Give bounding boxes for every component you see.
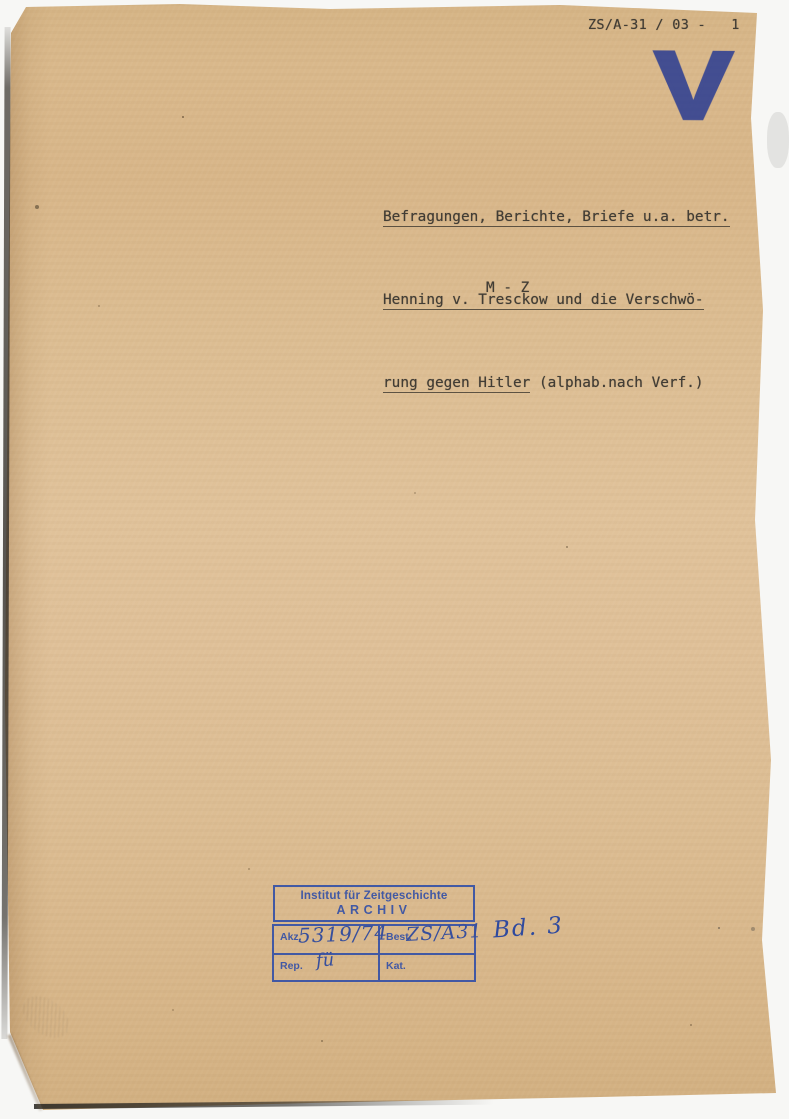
stamp-rep-handwritten-value: fü xyxy=(315,949,335,971)
scanner-artifact xyxy=(767,112,789,168)
stamp-rep-label: Rep. xyxy=(280,960,303,972)
title-line-2: Henning v. Tresckow und die Verschwö- xyxy=(383,287,730,315)
title-line-3: rung gegen Hitler (alphab.nach Verf.) xyxy=(383,370,730,398)
v-classification-stamp: V xyxy=(654,38,733,134)
paper-specks xyxy=(0,0,2,2)
archive-stamp-table: Akz. 5319/74 Best. ZS/A31 Rep. fü Kat. xyxy=(272,924,476,982)
stamp-field-best: Best. ZS/A31 xyxy=(380,926,474,953)
paper-sheet: ZS/A-31 / 03 - 1 V Befragungen, Berichte… xyxy=(0,0,789,1119)
stamp-akz-handwritten-value: 5319/74 xyxy=(298,920,389,947)
archive-reference-number: ZS/A-31 / 03 - 1 xyxy=(588,17,740,33)
stamp-field-kat: Kat. xyxy=(380,953,474,980)
stamp-institution-name: Institut für Zeitgeschichte xyxy=(275,889,473,902)
scanned-archive-page: ZS/A-31 / 03 - 1 V Befragungen, Berichte… xyxy=(0,0,789,1119)
archive-stamp-header: Institut für Zeitgeschichte ARCHIV xyxy=(273,885,475,922)
pencil-smudge xyxy=(15,988,77,1047)
stamp-field-rep: Rep. fü xyxy=(274,953,380,980)
volume-annotation: Bd. 3 xyxy=(492,913,565,944)
stamp-best-handwritten-value: ZS/A31 xyxy=(405,920,483,946)
stamp-kat-label: Kat. xyxy=(386,960,406,972)
stamp-archiv-label: ARCHIV xyxy=(275,903,473,917)
alphabetical-range-label: M - Z xyxy=(486,280,529,296)
title-line-1: Befragungen, Berichte, Briefe u.a. betr. xyxy=(383,204,730,232)
document-title-block: Befragungen, Berichte, Briefe u.a. betr.… xyxy=(383,149,730,453)
archive-stamp: Institut für Zeitgeschichte ARCHIV Akz. … xyxy=(272,885,476,982)
